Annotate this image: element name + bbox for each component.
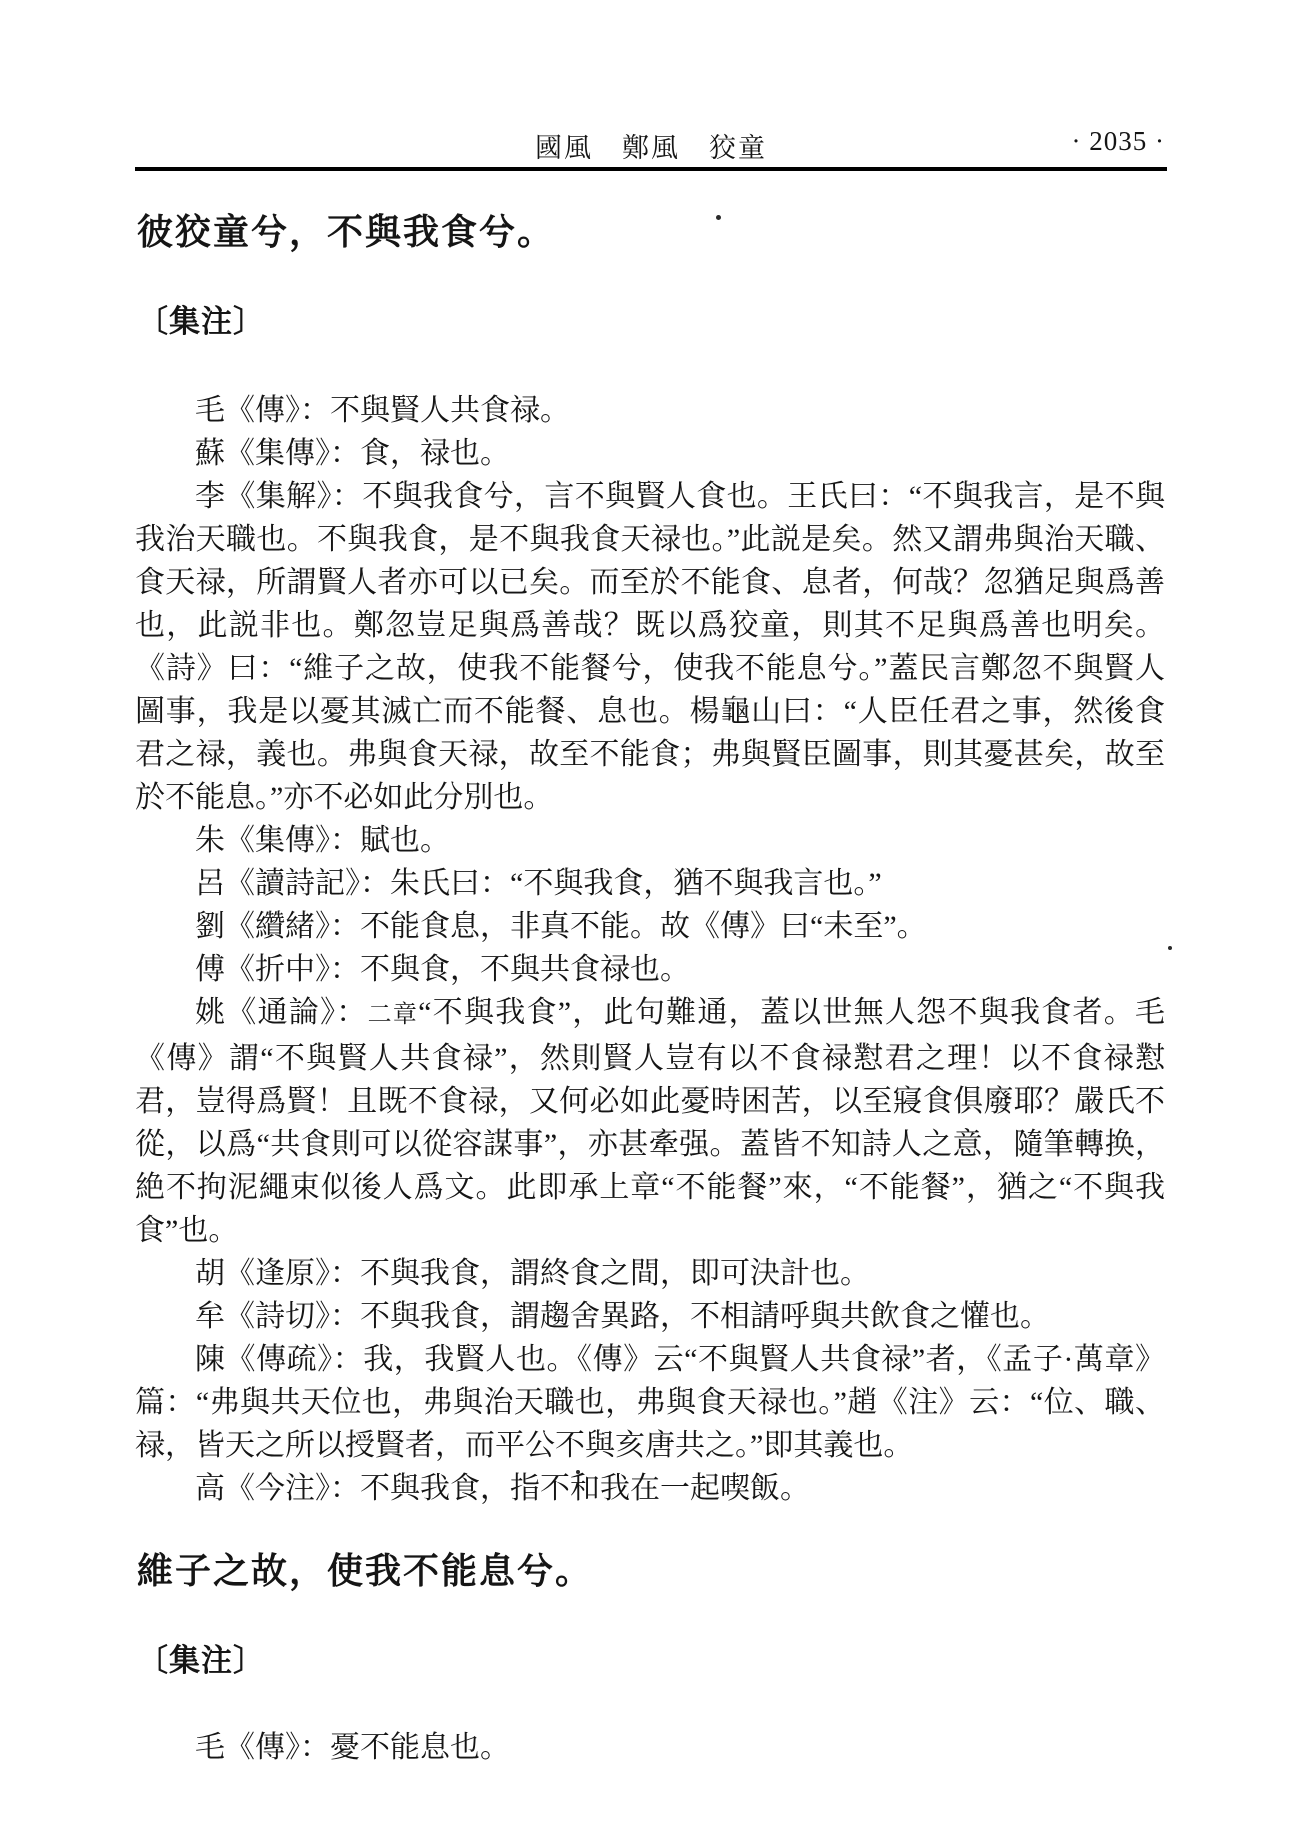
scan-speck bbox=[1168, 946, 1172, 950]
commentary-mao-zhuan-2: 毛《傳》：憂不能息也。 bbox=[135, 1726, 1165, 1769]
commentary-fu-zhezhong: 傅《折中》：不與食，不與共食禄也。 bbox=[135, 948, 1165, 991]
verse-2-commentaries: 毛《傳》：憂不能息也。 bbox=[135, 1726, 1165, 1769]
yao-chapter-note: 二章 bbox=[368, 1002, 419, 1028]
verse-1-heading: 彼狡童兮，不與我食兮。 bbox=[137, 204, 1165, 255]
page-number: · 2035 · bbox=[1072, 126, 1165, 157]
yao-prefix: 姚《通論》： bbox=[195, 996, 368, 1029]
commentary-li-jijie: 李《集解》：不與我食兮，言不與賢人食也。王氏曰：“不與我言，是不與我治天職也。不… bbox=[135, 475, 1165, 819]
scan-speck bbox=[576, 1470, 580, 1474]
verse-2-heading: 維子之故，使我不能息兮。 bbox=[137, 1543, 1165, 1594]
running-title: 國風 鄭風 狡童 bbox=[135, 126, 1167, 165]
page-content: 彼狡童兮，不與我食兮。 〔集注〕 毛《傳》：不與賢人共食禄。 蘇《集傳》：食，禄… bbox=[135, 204, 1165, 1769]
book-page: 國風 鄭風 狡童 · 2035 · 彼狡童兮，不與我食兮。 〔集注〕 毛《傳》：… bbox=[0, 0, 1300, 1827]
header-rule bbox=[135, 167, 1167, 171]
commentary-mou-shiqie: 牟《詩切》：不與我食，謂趨舍異路，不相請呼與共飲食之懽也。 bbox=[135, 1295, 1165, 1338]
commentary-gao-jinzhu: 高《今注》：不與我食，指不和我在一起喫飯。 bbox=[135, 1467, 1165, 1510]
page-header: 國風 鄭風 狡童 · 2035 · bbox=[135, 126, 1167, 158]
commentary-yao-tonglun: 姚《通論》：二章“不與我食”，此句難通，蓋以世無人怨不與我食者。毛《傳》謂“不與… bbox=[135, 991, 1165, 1252]
yao-body: “不與我食”，此句難通，蓋以世無人怨不與我食者。毛《傳》謂“不與賢人共食禄”，然… bbox=[135, 996, 1165, 1247]
scan-speck bbox=[716, 215, 721, 220]
verse-2-collected-notes-label: 〔集注〕 bbox=[137, 1635, 1165, 1680]
verse-1-commentaries: 毛《傳》：不與賢人共食禄。 蘇《集傳》：食，禄也。 李《集解》：不與我食兮，言不… bbox=[135, 389, 1165, 1510]
commentary-zhu-jizhuan: 朱《集傳》：賦也。 bbox=[135, 819, 1165, 862]
commentary-su-jizhuan: 蘇《集傳》：食，禄也。 bbox=[135, 432, 1165, 475]
commentary-liu-zuanxu: 劉《纘緒》：不能食息，非真不能。故《傳》曰“未至”。 bbox=[135, 905, 1165, 948]
commentary-lv-dushiji: 呂《讀詩記》：朱氏曰：“不與我食，猶不與我言也。” bbox=[135, 862, 1165, 905]
commentary-mao-zhuan: 毛《傳》：不與賢人共食禄。 bbox=[135, 389, 1165, 432]
commentary-hu-fengyuan: 胡《逢原》：不與我食，謂終食之間，即可決計也。 bbox=[135, 1252, 1165, 1295]
verse-1-collected-notes-label: 〔集注〕 bbox=[137, 296, 1165, 341]
commentary-chen-zhuanshu: 陳《傳疏》：我，我賢人也。《傳》云“不與賢人共食禄”者，《孟子·萬章》篇：“弗與… bbox=[135, 1338, 1165, 1467]
